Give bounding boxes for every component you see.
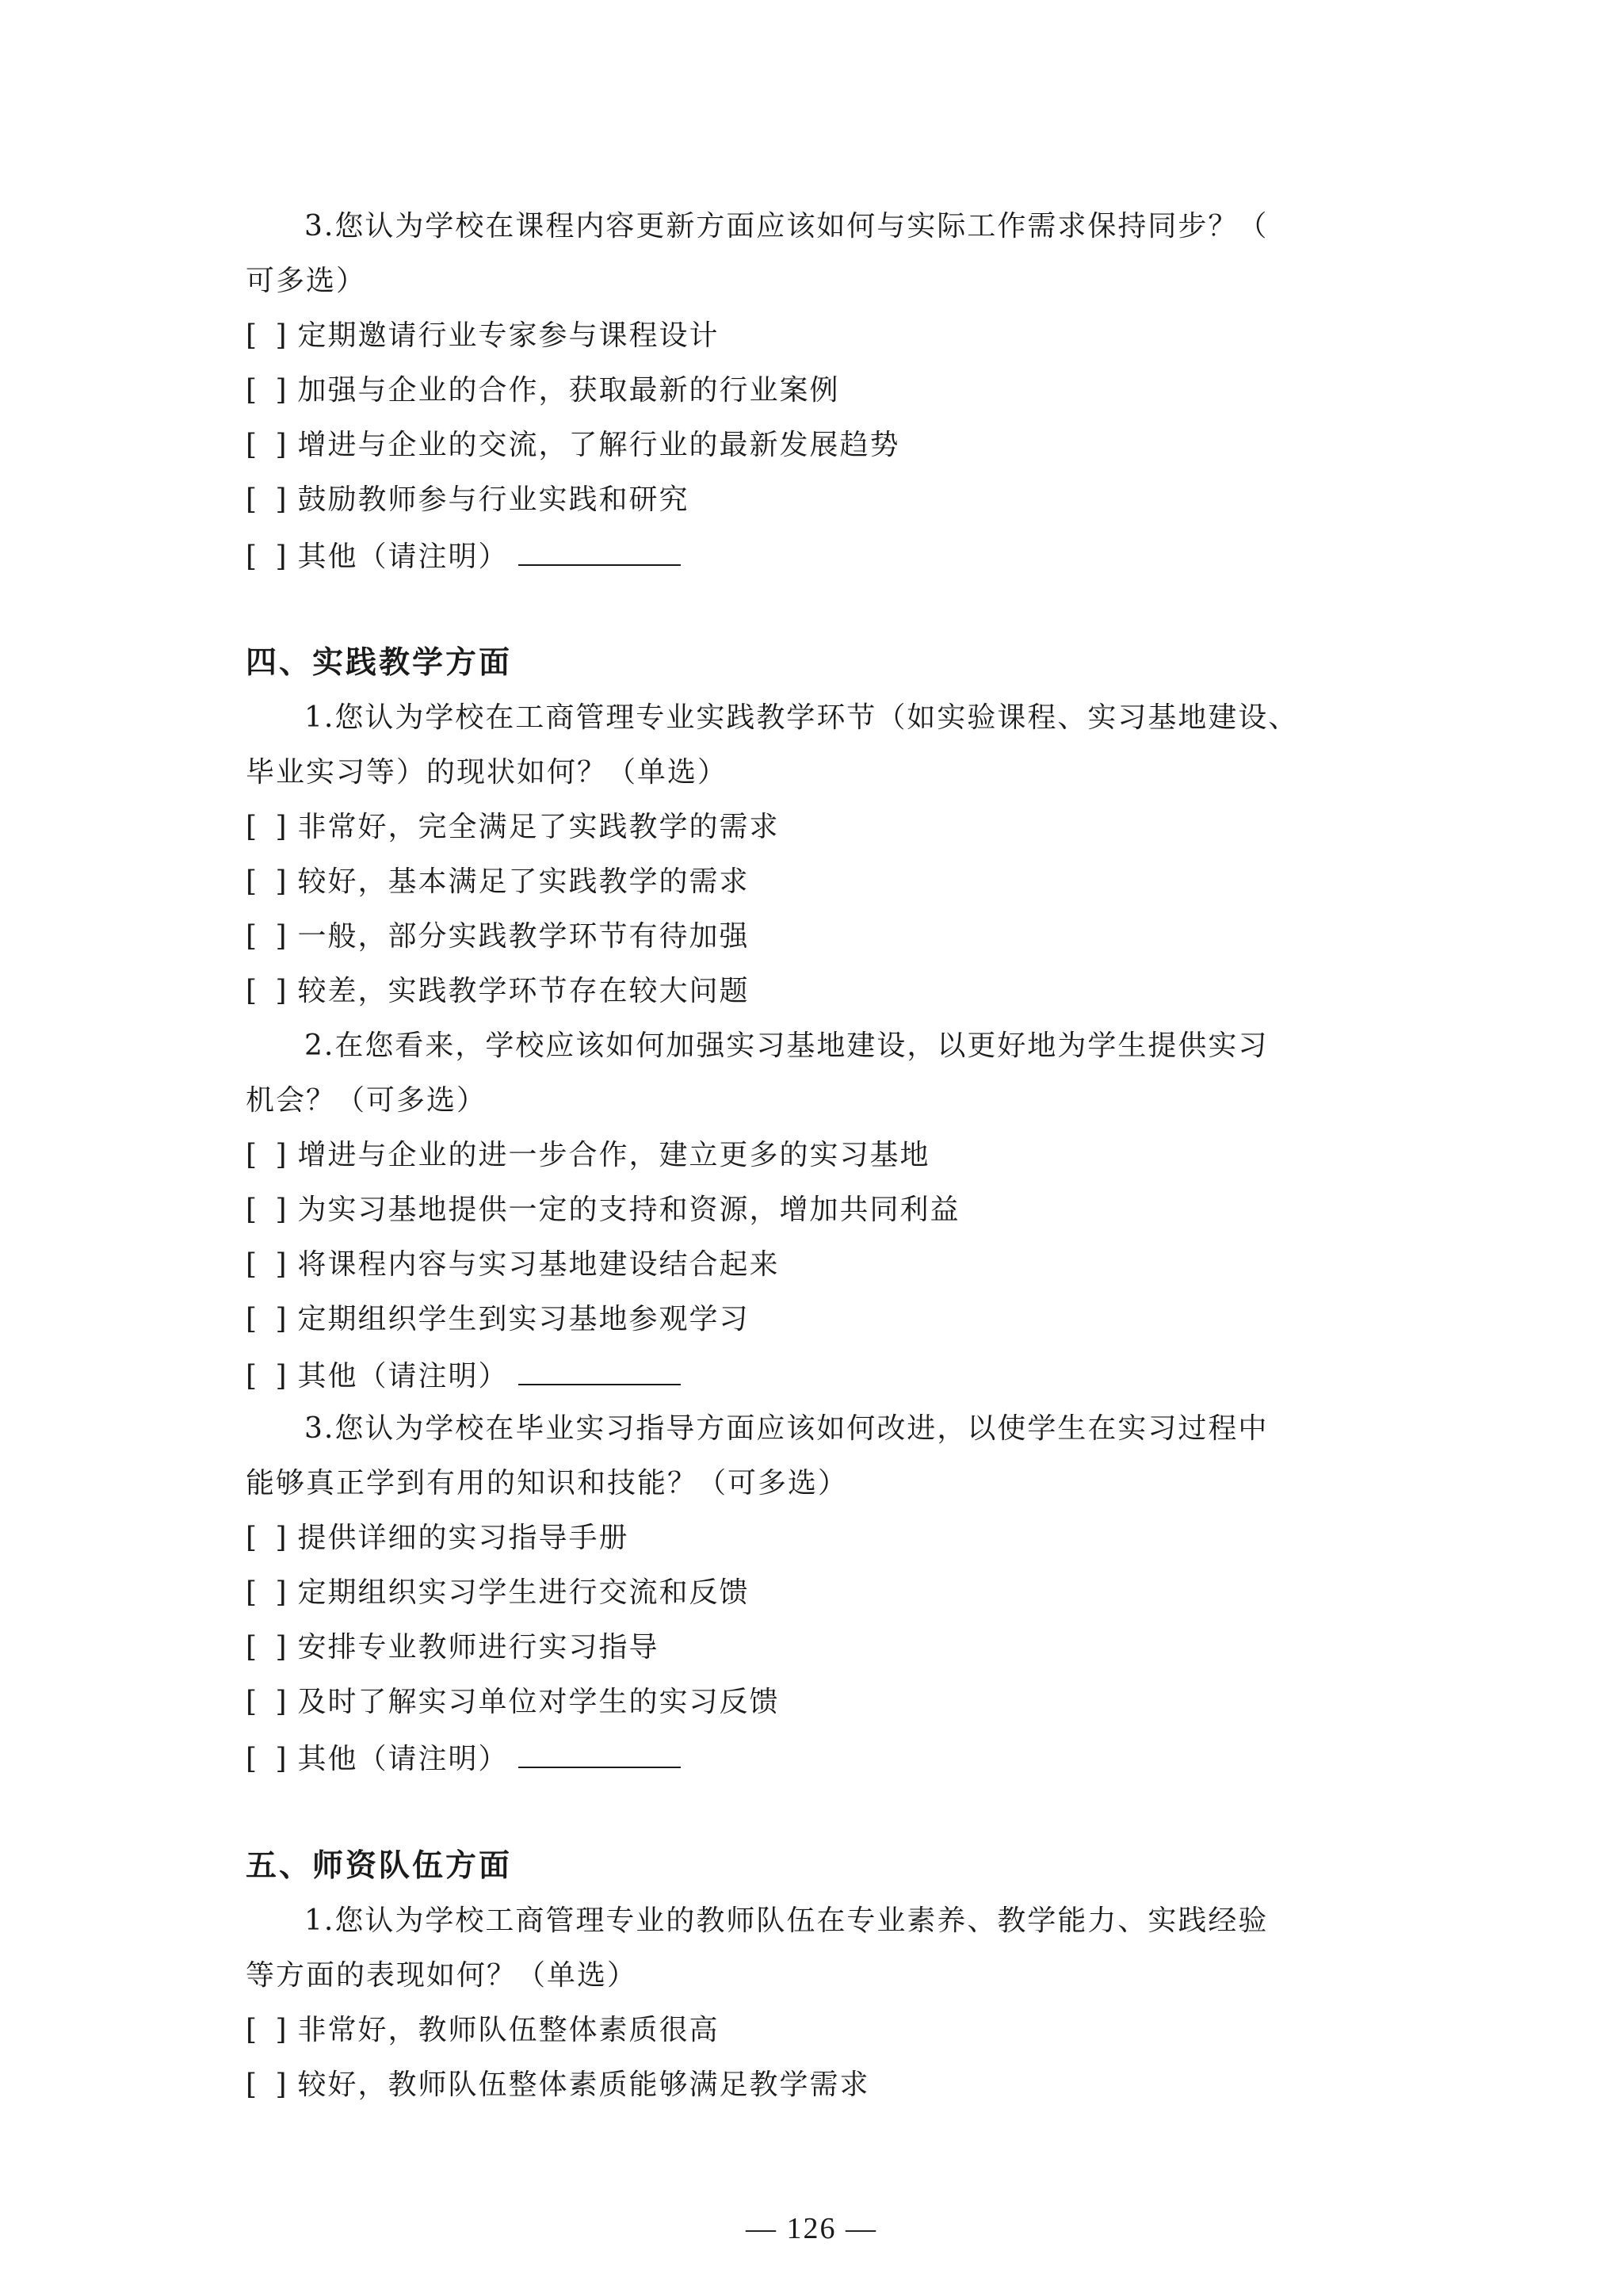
section-heading: 五、师资队伍方面 [246,1847,512,1885]
page-number: — 126 — [0,2211,1623,2246]
fill-in-blank[interactable] [518,536,681,566]
checkbox[interactable]: [ ] [246,1522,292,1554]
checkbox[interactable]: [ ] [246,811,292,843]
option-label: 将课程内容与实习基地建设结合起来 [298,1248,780,1281]
option-item-other[interactable]: [ ]其他（请注明） [246,1738,681,1778]
question-text: 2.在您看来，学校应该如何加强实习基地建设，以更好地为学生提供实习 [304,1027,1268,1065]
option-label: 较好，基本满足了实践教学的需求 [298,865,750,898]
option-item[interactable]: [ ]较好，基本满足了实践教学的需求 [246,863,750,901]
question-text-continued: 可多选） [246,262,366,300]
checkbox[interactable]: [ ] [246,374,292,407]
question-text: 3.您认为学校在毕业实习指导方面应该如何改进，以使学生在实习过程中 [304,1410,1268,1448]
checkbox[interactable]: [ ] [246,2069,292,2101]
option-label: 非常好，教师队伍整体素质很高 [298,2014,720,2046]
question-text: 1.您认为学校工商管理专业的教师队伍在专业素养、教学能力、实践经验 [304,1902,1268,1940]
option-item[interactable]: [ ]较好，教师队伍整体素质能够满足教学需求 [246,2066,870,2104]
option-item[interactable]: [ ]定期组织实习学生进行交流和反馈 [246,1574,750,1612]
checkbox[interactable]: [ ] [246,483,292,516]
question-text-continued: 能够真正学到有用的知识和技能？（可多选） [246,1465,848,1503]
option-label: 非常好，完全满足了实践教学的需求 [298,811,780,843]
checkbox[interactable]: [ ] [246,429,292,461]
option-item[interactable]: [ ]将课程内容与实习基地建设结合起来 [246,1246,780,1284]
checkbox[interactable]: [ ] [246,975,292,1007]
question-text-continued: 等方面的表现如何？（单选） [246,1957,637,1995]
option-label: 鼓励教师参与行业实践和研究 [298,483,689,516]
option-item[interactable]: [ ]鼓励教师参与行业实践和研究 [246,481,689,519]
option-item[interactable]: [ ]安排专业教师进行实习指导 [246,1629,659,1667]
checkbox[interactable]: [ ] [246,1194,292,1226]
checkbox[interactable]: [ ] [246,2014,292,2046]
option-item[interactable]: [ ]提供详细的实习指导手册 [246,1519,629,1557]
option-item[interactable]: [ ]增进与企业的交流，了解行业的最新发展趋势 [246,426,900,464]
option-label: 提供详细的实习指导手册 [298,1522,629,1554]
option-label: 定期组织实习学生进行交流和反馈 [298,1576,750,1609]
checkbox[interactable]: [ ] [246,1248,292,1281]
option-item-other[interactable]: [ ]其他（请注明） [246,536,681,576]
checkbox[interactable]: [ ] [246,1303,292,1335]
checkbox[interactable]: [ ] [246,1631,292,1664]
option-item[interactable]: [ ]为实习基地提供一定的支持和资源，增加共同利益 [246,1191,960,1229]
fill-in-blank[interactable] [518,1355,681,1385]
option-item[interactable]: [ ]及时了解实习单位对学生的实习反馈 [246,1683,780,1721]
option-item[interactable]: [ ]定期邀请行业专家参与课程设计 [246,317,720,355]
checkbox[interactable]: [ ] [246,865,292,898]
option-item[interactable]: [ ]增进与企业的进一步合作，建立更多的实习基地 [246,1137,930,1175]
option-label: 加强与企业的合作，获取最新的行业案例 [298,374,840,407]
option-label: 增进与企业的进一步合作，建立更多的实习基地 [298,1139,930,1171]
question-text: 1.您认为学校在工商管理专业实践教学环节（如实验课程、实习基地建设、 [304,699,1298,737]
checkbox[interactable]: [ ] [246,920,292,953]
option-item[interactable]: [ ]一般，部分实践教学环节有待加强 [246,918,750,956]
option-label: 安排专业教师进行实习指导 [298,1631,659,1664]
checkbox[interactable]: [ ] [246,1743,292,1775]
section-heading: 四、实践教学方面 [246,644,512,682]
option-item[interactable]: [ ]非常好，完全满足了实践教学的需求 [246,808,780,846]
option-label: 及时了解实习单位对学生的实习反馈 [298,1686,780,1718]
option-label: 增进与企业的交流，了解行业的最新发展趋势 [298,429,900,461]
option-label: 定期组织学生到实习基地参观学习 [298,1303,750,1335]
checkbox[interactable]: [ ] [246,1686,292,1718]
option-item[interactable]: [ ]定期组织学生到实习基地参观学习 [246,1301,750,1339]
checkbox[interactable]: [ ] [246,1139,292,1171]
checkbox[interactable]: [ ] [246,541,292,573]
checkbox[interactable]: [ ] [246,1360,292,1392]
fill-in-blank[interactable] [518,1738,681,1768]
question-text-continued: 机会？（可多选） [246,1082,487,1120]
option-label: 较好，教师队伍整体素质能够满足教学需求 [298,2069,870,2101]
option-label: 其他（请注明） [298,541,509,573]
option-label: 为实习基地提供一定的支持和资源，增加共同利益 [298,1194,960,1226]
question-text: 3.您认为学校在课程内容更新方面应该如何与实际工作需求保持同步？（ [304,208,1268,246]
option-label: 其他（请注明） [298,1360,509,1392]
option-item-other[interactable]: [ ]其他（请注明） [246,1355,681,1396]
option-label: 一般，部分实践教学环节有待加强 [298,920,750,953]
option-label: 其他（请注明） [298,1743,509,1775]
option-item[interactable]: [ ]较差，实践教学环节存在较大问题 [246,972,750,1010]
checkbox[interactable]: [ ] [246,1576,292,1609]
option-item[interactable]: [ ]非常好，教师队伍整体素质很高 [246,2011,720,2050]
option-item[interactable]: [ ]加强与企业的合作，获取最新的行业案例 [246,372,840,410]
checkbox[interactable]: [ ] [246,319,292,352]
option-label: 较差，实践教学环节存在较大问题 [298,975,750,1007]
option-label: 定期邀请行业专家参与课程设计 [298,319,720,352]
question-text-continued: 毕业实习等）的现状如何？（单选） [246,754,727,792]
